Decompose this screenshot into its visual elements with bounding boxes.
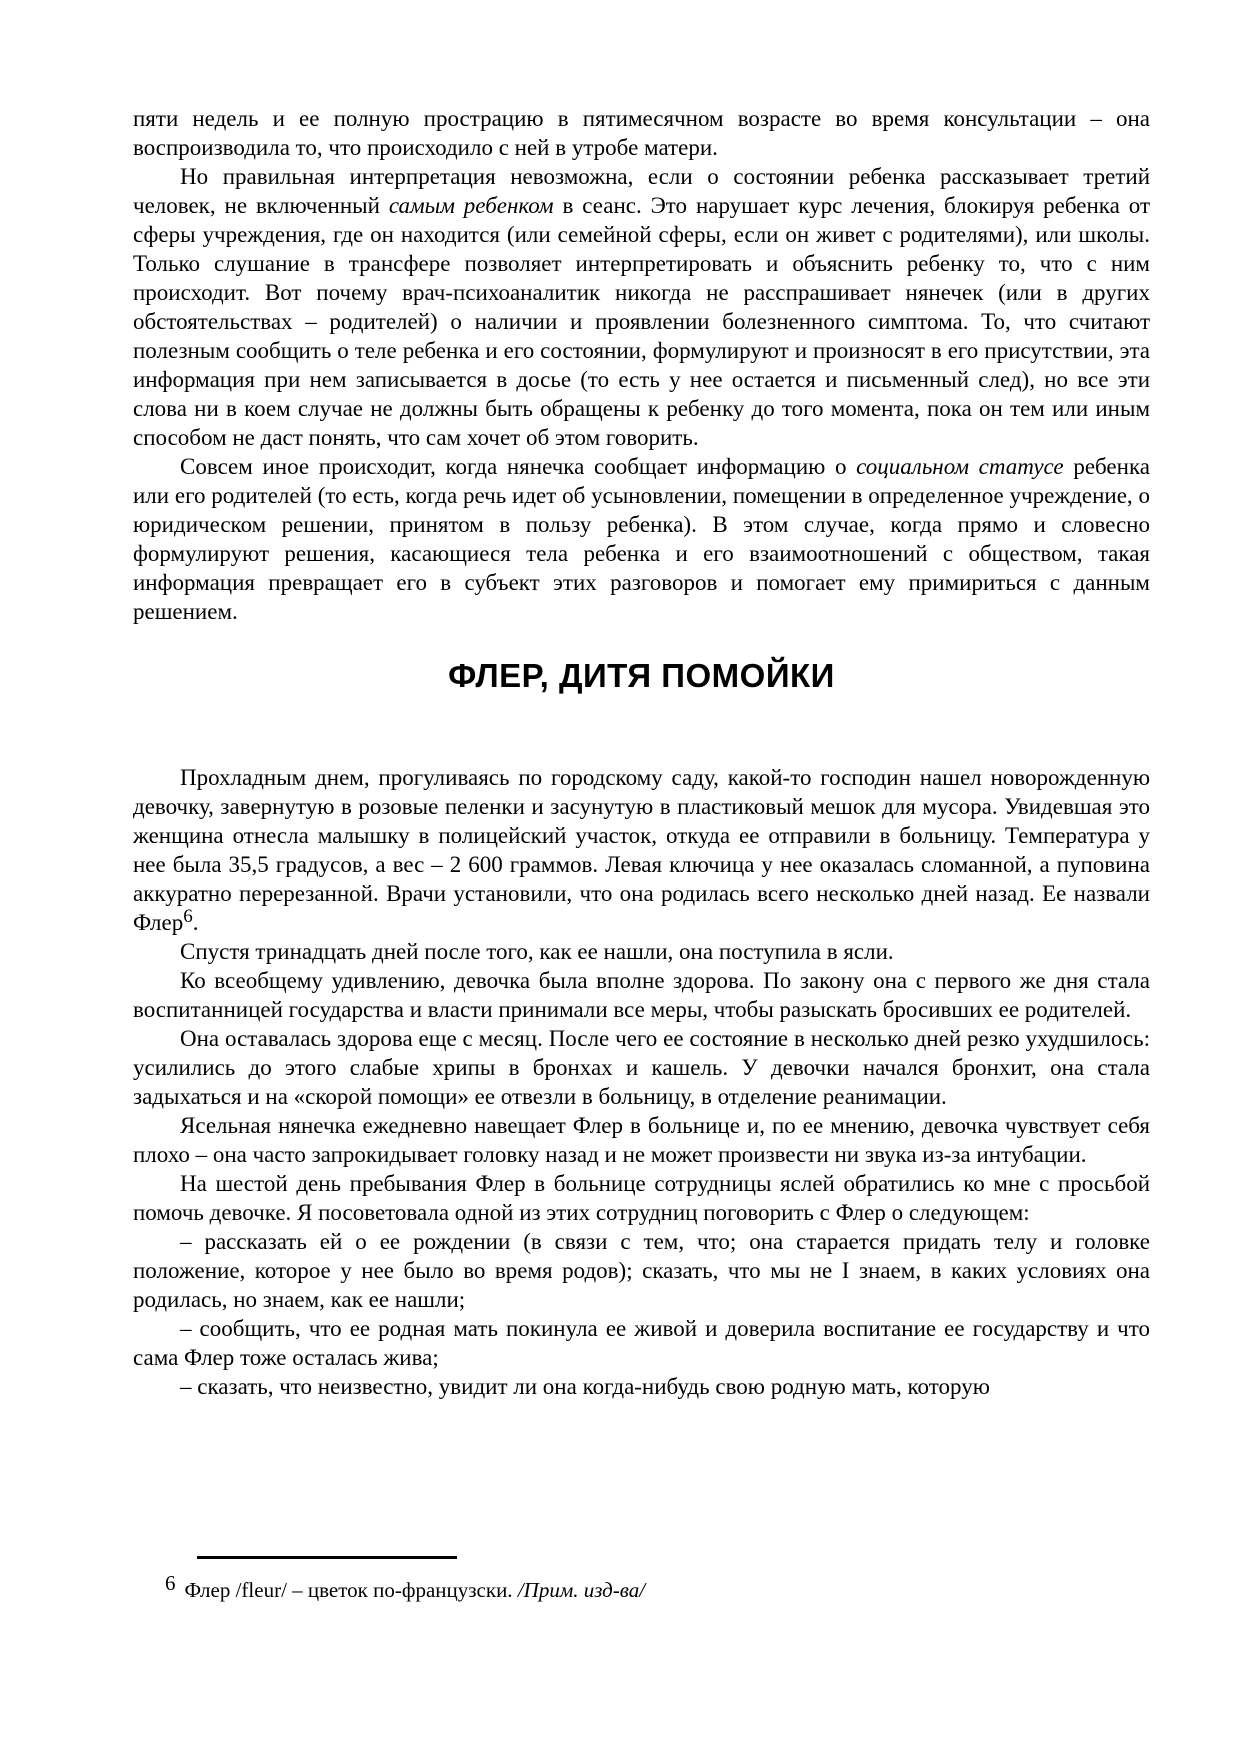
italic-run: самым ребенком [389,193,554,218]
paragraph: Но правильная интерпретация невозможна, … [133,162,1150,452]
text-run: Ко всеобщему удивлению, девочка была впо… [133,968,1150,1022]
body-block-main: Прохладным днем, прогуливаясь по городск… [133,763,1150,1401]
paragraph: Ясельная нянечка ежедневно навещает Флер… [133,1111,1150,1169]
paragraph: Прохладным днем, прогуливаясь по городск… [133,763,1150,937]
text-run: Она оставалась здорова еще с месяц. Посл… [133,1026,1150,1109]
paragraph: пяти недель и ее полную прострацию в пят… [133,104,1150,162]
text-run: в сеанс. Это нарушает курс лечения, блок… [133,193,1150,450]
italic-run: социальном статусе [856,454,1063,479]
text-run: На шестой день пребывания Флер в больниц… [133,1171,1150,1225]
text-run: . [193,910,199,935]
paragraph: Совсем иное происходит, когда нянечка со… [133,452,1150,626]
text-run: Спустя тринадцать дней после того, как е… [180,939,894,964]
text-run: – рассказать ей о ее рождении (в связи с… [133,1229,1150,1312]
footnote-area: 6Флер /fleur/ – цветок по-французски. /П… [133,1556,1150,1604]
paragraph: – сообщить, что ее родная мать покинула … [133,1314,1150,1372]
text-run: ребенка или его родителей (то есть, когд… [133,454,1150,624]
paragraph: Спустя тринадцать дней после того, как е… [133,937,1150,966]
paragraph: – рассказать ей о ее рождении (в связи с… [133,1227,1150,1314]
footnote: 6Флер /fleur/ – цветок по-французски. /П… [133,1577,1150,1604]
paragraph: Она оставалась здорова еще с месяц. Посл… [133,1024,1150,1111]
footnote-text: Флер /fleur/ – цветок по-французски. /Пр… [185,1578,646,1602]
text-run: – сказать, что неизвестно, увидит ли она… [180,1374,990,1399]
paragraph: На шестой день пребывания Флер в больниц… [133,1169,1150,1227]
paragraph: Ко всеобщему удивлению, девочка была впо… [133,966,1150,1024]
text-run: пяти недель и ее полную прострацию в пят… [133,106,1150,160]
document-page: пяти недель и ее полную прострацию в пят… [0,0,1240,1754]
footnote-separator [197,1556,457,1559]
text-run: Совсем иное происходит, когда нянечка со… [180,454,856,479]
footnote-marker: 6 [165,1571,176,1595]
text-run: Флер /fleur/ – цветок по-французски. [185,1578,518,1602]
section-heading: ФЛЕР, ДИТЯ ПОМОЙКИ [133,658,1150,694]
italic-run: /Прим. изд-ва/ [518,1578,645,1602]
text-run: Прохладным днем, прогуливаясь по городск… [133,765,1150,935]
text-run: Ясельная нянечка ежедневно навещает Флер… [133,1113,1150,1167]
text-run: – сообщить, что ее родная мать покинула … [133,1316,1150,1370]
superscript-reference: 6 [183,906,193,927]
paragraph: – сказать, что неизвестно, увидит ли она… [133,1372,1150,1401]
body-block-top: пяти недель и ее полную прострацию в пят… [133,104,1150,626]
